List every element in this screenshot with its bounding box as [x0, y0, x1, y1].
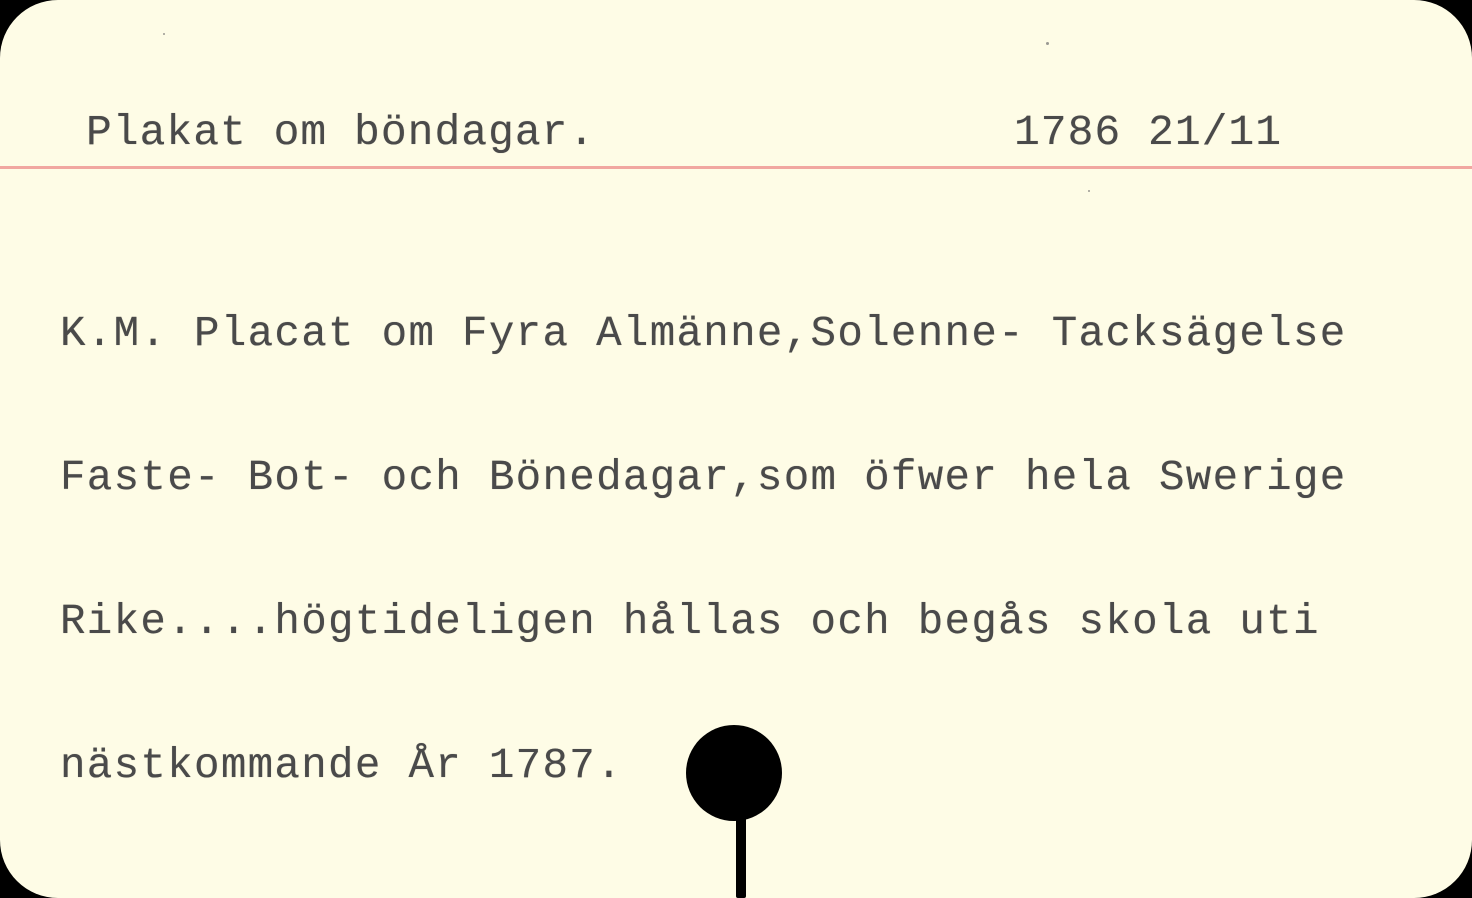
punch-hole-icon	[686, 725, 782, 821]
index-card: Plakat om böndagar. 1786 21/11 K.M. Plac…	[0, 0, 1472, 898]
paper-speck	[163, 33, 165, 35]
body-line: Faste- Bot- och Bönedagar,som öfwer hela…	[60, 454, 1347, 502]
card-date: 1786 21/11	[1014, 108, 1282, 158]
card-title: Plakat om böndagar.	[86, 108, 595, 158]
paper-speck	[1088, 190, 1090, 192]
header-rule-line	[0, 166, 1472, 169]
body-line: Rike....högtideligen hållas och begås sk…	[60, 598, 1347, 646]
punch-slot	[736, 815, 746, 898]
paper-speck	[1046, 42, 1049, 45]
body-line: K.M. Placat om Fyra Almänne,Solenne- Tac…	[60, 310, 1347, 358]
